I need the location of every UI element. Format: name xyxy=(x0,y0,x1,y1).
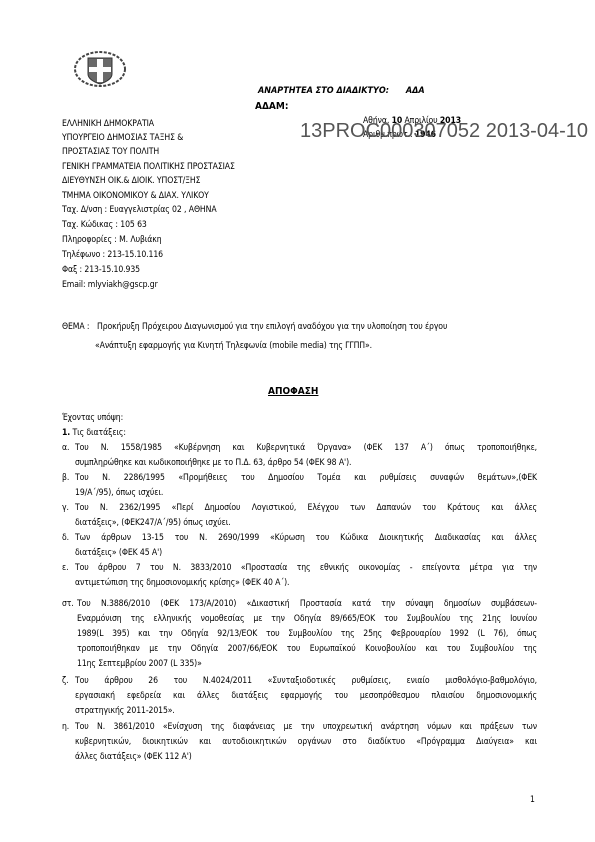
sender-fax: Φαξ : 213-15.10.935 xyxy=(62,265,140,275)
ada-label: ΑΔΑ xyxy=(406,86,425,96)
item-line: τροποποιήθηκαν με την Οδηγία 2007/66/ΕΟΚ… xyxy=(77,644,537,654)
item-marker: στ. xyxy=(62,599,74,609)
sender-email[interactable]: Email: mlyviakh@gscp.gr xyxy=(62,280,158,290)
sender-line: ΓΕΝΙΚΗ ΓΡΑΜΜΑΤΕΙΑ ΠΟΛΙΤΙΚΗΣ ΠΡΟΣΤΑΣΙΑΣ xyxy=(62,162,235,172)
page-number: 1 xyxy=(530,795,535,805)
sender-line: ΕΛΛΗΝΙΚΗ ΔΗΜΟΚΡΑΤΙΑ xyxy=(62,119,154,129)
item-marker: α. xyxy=(62,443,69,453)
item-marker: ε. xyxy=(62,563,68,573)
sender-line: ΠΡΟΣΤΑΣΙΑΣ ΤΟΥ ΠΟΛΙΤΗ xyxy=(62,147,159,157)
item-line: Του άρθρου 26 του Ν.4024/2011 «Συνταξιοδ… xyxy=(75,676,537,686)
subject-line-1: Προκήρυξη Πρόχειρου Διαγωνισμού για την … xyxy=(97,322,537,332)
item-line: 11ης Σεπτεμβρίου 2007 (L 335)» xyxy=(77,659,202,669)
item-line: άλλες διατάξεις» (ΦΕΚ 112 Α') xyxy=(75,752,192,762)
item-line: Του άρθρου 7 του Ν. 3833/2010 «Προστασία… xyxy=(75,563,537,573)
sender-info: Πληροφορίες : Μ. Λυβιάκη xyxy=(62,235,162,245)
item-line: διατάξεις» (ΦΕΚ 45 Α') xyxy=(75,548,162,558)
decision-intro: Έχοντας υπόψη: xyxy=(62,413,123,423)
item-line: Του Ν. 2286/1995 «Προμήθειες του Δημοσίο… xyxy=(75,473,537,483)
item-line: Των άρθρων 13-15 του Ν. 2690/1999 «Κύρωσ… xyxy=(75,533,537,543)
item-line: Του Ν. 1558/1985 «Κυβέρνηση και Κυβερνητ… xyxy=(75,443,537,453)
item-marker: ζ. xyxy=(62,676,68,686)
item-line: 19/Α΄/95), όπως ισχύει. xyxy=(75,488,163,498)
posting-notice: ΑΝΑΡΤΗΤΕΑ ΣΤΟ ΔΙΑΔΙΚΤΥΟ: ΑΔΑ xyxy=(258,86,425,96)
greek-coat-of-arms-icon xyxy=(72,48,128,88)
decision-title: ΑΠΟΦΑΣΗ xyxy=(268,386,318,397)
item-line: διατάξεις», (ΦΕΚ247/Α΄/95) όπως ισχύει. xyxy=(75,518,231,528)
item-marker: γ. xyxy=(62,503,69,513)
sender-address: Ταχ. Δ/νση : Ευαγγελιστρίας 02 , ΑΘΗΝΑ xyxy=(62,205,217,215)
item-line: Του Ν. 3861/2010 «Ενίσχυση της διαφάνεια… xyxy=(75,722,537,732)
sender-line: ΥΠΟΥΡΓΕΙΟ ΔΗΜΟΣΙΑΣ ΤΑΞΗΣ & xyxy=(62,133,183,143)
item-marker: η. xyxy=(62,722,69,732)
posting-notice-label: ΑΝΑΡΤΗΤΕΑ ΣΤΟ ΔΙΑΔΙΚΤΥΟ: xyxy=(258,86,389,96)
item-line: Του Ν.3886/2010 (ΦΕΚ 173/Α/2010) «Δικαστ… xyxy=(77,599,537,609)
subject-label: ΘΕΜΑ : xyxy=(62,322,89,332)
subject-line-2: «Ανάπτυξη εφαρμογής για Κινητή Τηλεφωνία… xyxy=(95,341,372,351)
item-line: αντιμετώπιση της δημοσιονομικής κρίσης» … xyxy=(75,578,289,588)
sender-phone: Τηλέφωνο : 213-15.10.116 xyxy=(62,250,163,260)
section-1-heading: 1. Τις διατάξεις: xyxy=(62,428,126,438)
item-line: Εναρμόνιση της ελληνικής νομοθεσίας με τ… xyxy=(77,614,537,624)
section-label: Τις διατάξεις: xyxy=(72,428,125,438)
sender-postal-code: Ταχ. Κώδικας : 105 63 xyxy=(62,220,147,230)
item-line: κυβερνητικών, διοικητικών και αυτοδιοικη… xyxy=(75,737,537,747)
ada-stamp: 13PROC000307052 2013-04-10 xyxy=(300,120,588,143)
item-line: συμπληρώθηκε και κωδικοποιήθηκε με το Π.… xyxy=(75,458,351,468)
item-line: Του Ν. 2362/1995 «Περί Δημοσίου Λογιστικ… xyxy=(75,503,537,513)
item-line: στρατηγικής 2011-2015». xyxy=(75,706,175,716)
section-number: 1. xyxy=(62,428,70,438)
adam-label: ΑΔΑΜ: xyxy=(255,101,288,112)
item-marker: β. xyxy=(62,473,69,483)
sender-line: ΔΙΕΥΘΥΝΣΗ ΟΙΚ.& ΔΙΟΙΚ. ΥΠΟΣΤ/ΞΗΣ xyxy=(62,176,200,186)
sender-line: ΤΜΗΜΑ ΟΙΚΟΝΟΜΙΚΟΥ & ΔΙΑΧ. ΥΛΙΚΟΥ xyxy=(62,191,209,201)
item-line: 1989(L 395) και την Οδηγία 92/13/ΕΟΚ του… xyxy=(77,629,537,639)
item-line: εργασιακή εφεδρεία και άλλες διατάξεις ε… xyxy=(75,691,537,701)
item-marker: δ. xyxy=(62,533,69,543)
